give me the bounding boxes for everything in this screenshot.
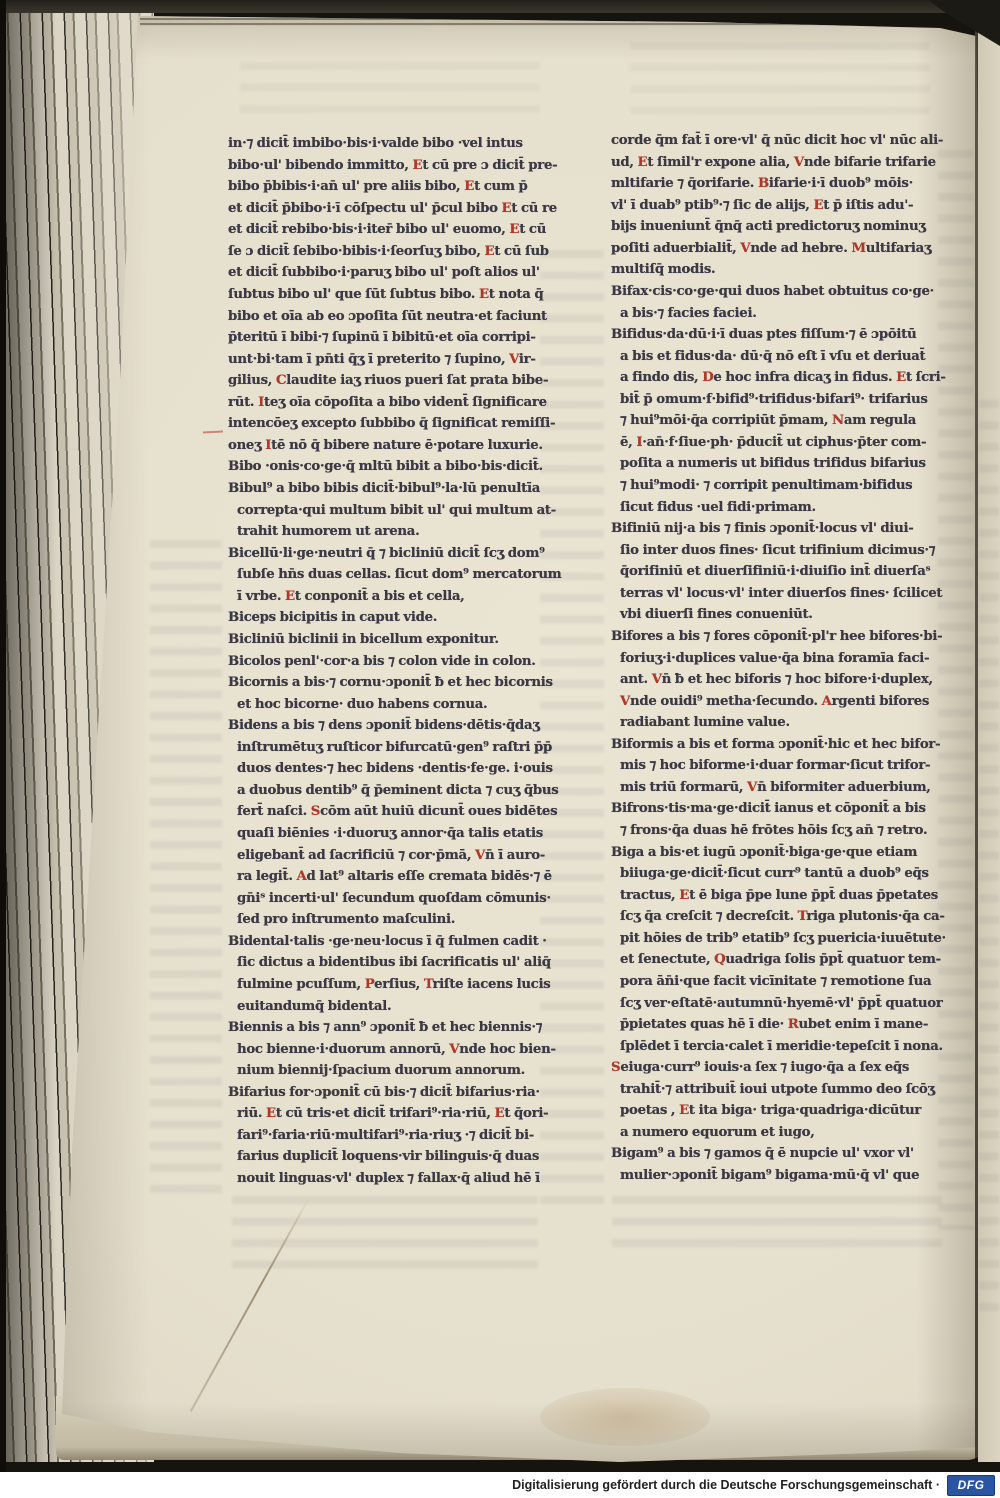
manuscript-line: Bicellū·li·ge·neutri q̄ ⁊ bicliniū dicit…: [228, 543, 540, 565]
manuscript-line: Biga a bis·et iugū ɔponit̄·biga·ge·que e…: [611, 842, 947, 864]
manuscript-line: gn̄iˢ incerti·ul' ſecundum quoſdam cōmun…: [228, 888, 540, 910]
manuscript-line: et dicit̄ p̄bibo·i·ī cōſpectu ul' p̄cul …: [228, 198, 540, 220]
manuscript-line: Bicornis a bis·⁊ cornu·ɔponit̄ ƀ et hec …: [228, 672, 540, 694]
manuscript-line: ⁊ hui⁹mōi·q̄a corripiūt p̄mam, Nam regul…: [611, 410, 947, 432]
manuscript-line: ſe ɔ dicit̄ ſebibo·bibis·i·ſeorſuʒ bibo,…: [228, 241, 540, 263]
manuscript-line: p̄pietates quas hē ī die· Rubet enim ī m…: [611, 1014, 947, 1036]
manuscript-line: euitandumq̄ bidental.: [228, 996, 540, 1018]
manuscript-line: unt·bi·tam ī pn̄ti q̄ʒ ī preterito ⁊ ſup…: [228, 349, 540, 371]
manuscript-line: riū. Et cū tris·et dicit̄ trifari⁹·ria·r…: [228, 1103, 540, 1125]
manuscript-line: ſcʒ ver·eſtatē·autumnū·hyemē·vl' p̄pt̄ q…: [611, 993, 947, 1015]
manuscript-line: mis triū formarū, Vn̄ biformiter aduerbi…: [611, 777, 947, 799]
manuscript-line: ſic dictus a bidentibus ibi ſacrificatis…: [228, 952, 540, 974]
manuscript-line: Bigam⁹ a bis ⁊ gamos q̄ ē nupcie ul' vxo…: [611, 1143, 947, 1165]
manuscript-line: a bis et fidus·da· dū·q̄ nō eſt ī vſu et…: [611, 346, 947, 368]
manuscript-line: poſita a numeris ut bifidus trifidus bif…: [611, 453, 947, 475]
manuscript-line: Vnde ouidi⁹ metha·ſecundo. Argenti bifor…: [611, 691, 947, 713]
manuscript-line: ſubſe hn̄s duas cellas. ſicut dom⁹ merca…: [228, 564, 540, 586]
manuscript-line: bibo·ul' bibendo immitto, Et cū pre ɔ di…: [228, 155, 540, 177]
manuscript-photo: in·⁊ dicit̄ imbibo·bis·i·valde bibo ·vel…: [0, 0, 1000, 1472]
manuscript-line: bijs inueniunt̄ q̄nq̄ acti predictoruʒ n…: [611, 216, 947, 238]
manuscript-line: Biennis a bis ⁊ ann⁹ ɔponit̄ ƀ et hec bi…: [228, 1017, 540, 1039]
show-through-ghost: [150, 540, 222, 1200]
manuscript-line: inſtrumētuʒ ruſticor bifurcatū·gen⁹ raſt…: [228, 737, 540, 759]
show-through-ghost: [630, 42, 930, 118]
manuscript-line: gilius, Claudite iaʒ riuos pueri ſat pra…: [228, 370, 540, 392]
manuscript-line: poſiti aduerbialit̄, Vnde ad hebre. Mult…: [611, 238, 947, 260]
manuscript-line: hoc bienne·i·duorum annorū, Vnde hoc bie…: [228, 1039, 540, 1061]
manuscript-line: Bicolos penl'·cor·a bis ⁊ colon vide in …: [228, 651, 540, 673]
manuscript-line: Biceps bicipitis in caput vide.: [228, 607, 540, 629]
manuscript-line: q̄orifiniū et diuerſifiniū·i·diuiſio int…: [611, 561, 947, 583]
manuscript-line: Bifores a bis ⁊ fores cōponit̄·pl'r hee …: [611, 626, 947, 648]
text-column-left: in·⁊ dicit̄ imbibo·bis·i·valde bibo ·vel…: [228, 133, 540, 1190]
manuscript-line: Bidens a bis ⁊ dens ɔponit̄ bidens·dētis…: [228, 715, 540, 737]
manuscript-line: et dicit̄ rebibo·bis·i·iter̄ bibo ul' eu…: [228, 219, 540, 241]
show-through-ghost: [232, 1196, 538, 1282]
manuscript-line: pora ān̄i·que facit vicīnitate ⁊ remotio…: [611, 971, 947, 993]
manuscript-line: ē, I·an̄·f·ſiue·ph· p̄ducit̄ ut ciphus·p…: [611, 432, 947, 454]
manuscript-line: pit hōies de trib⁹ etatib⁹ ſcʒ puericia·…: [611, 928, 947, 950]
manuscript-line: nium biennij·ſpacium duorum annorum.: [228, 1060, 540, 1082]
manuscript-line: ſed pro inſtrumento maſculini.: [228, 909, 540, 931]
manuscript-line: bit̄ p̄ omum·f·bifid⁹·trifidus·bifari⁹· …: [611, 389, 947, 411]
manuscript-line: Bifax·cis·co·ge·qui duos habet obtuitus …: [611, 281, 947, 303]
photo-background-left: [0, 0, 6, 1472]
manuscript-line: et dicit̄ ſubbibo·i·paruʒ bibo ul' poſt …: [228, 262, 540, 284]
manuscript-line: mis ⁊ hoc biforme·i·duar formar·ſicut tr…: [611, 755, 947, 777]
manuscript-line: Bifarius for·ɔponit̄ cū bis·⁊ dicit̄ bif…: [228, 1082, 540, 1104]
manuscript-line: Bicliniū biclinii in bicellum exponitur.: [228, 629, 540, 651]
manuscript-line: vl' ī duab⁹ ptib⁹·⁊ ſic de alijs, Et p̄ …: [611, 195, 947, 217]
manuscript-line: oneʒ Itē nō q̄ bibere nature ē·potare lu…: [228, 435, 540, 457]
manuscript-line: bibo et oīa ab eo ɔpoſita ſūt neutra·et …: [228, 306, 540, 328]
manuscript-line: ſicut fidus ·uel fidi·primam.: [611, 497, 947, 519]
manuscript-line: corde q̄m fat̄ ī ore·vl' q̄ nūc dicit ho…: [611, 130, 947, 152]
manuscript-line: et ſenectute, Quadriga ſolis p̄pt̄ quatu…: [611, 949, 947, 971]
manuscript-line: Biformis a bis et forma ɔponit̄·hic et h…: [611, 734, 947, 756]
show-through-ghost: [979, 400, 999, 1320]
show-through-ghost: [612, 1196, 942, 1254]
manuscript-line: ud, Et ſimil'r expone alia, Vnde bifarie…: [611, 152, 947, 174]
manuscript-line: Bibul⁹ a bibo bibis dicit̄·bibul⁹·la·lū …: [228, 478, 540, 500]
manuscript-line: duos dentes·⁊ hec bidens ·dentis·fe·ge. …: [228, 758, 540, 780]
manuscript-line: correpta·qui multum bibit ul' qui multum…: [228, 500, 540, 522]
manuscript-line: vbi diuerſi fines conueniūt.: [611, 604, 947, 626]
scan-viewport: in·⁊ dicit̄ imbibo·bis·i·valde bibo ·vel…: [0, 0, 1000, 1498]
footer-credit-text: Digitalisierung gefördert durch die Deut…: [512, 1478, 940, 1492]
show-through-ghost: [240, 62, 540, 120]
manuscript-line: multiſq̄ modis.: [611, 259, 947, 281]
manuscript-line: mltifarie ⁊ q̄orifarie. Bifarie·i·ī duob…: [611, 173, 947, 195]
footer-credit-bar: Digitalisierung gefördert durch die Deut…: [0, 1472, 1000, 1498]
manuscript-line: ſio inter duos fines· ſicut trifinium di…: [611, 540, 947, 562]
manuscript-line: et hoc bicorne· duo habens cornua.: [228, 694, 540, 716]
manuscript-line: rūt. Iteʒ oīa cōpoſita a bibo vident̄ ſi…: [228, 392, 540, 414]
manuscript-line: terras vl' locus·vl' inter diuerſos fine…: [611, 583, 947, 605]
manuscript-line: intencōeʒ excepto ſubbibo q̄ ſignificat …: [228, 413, 540, 435]
book-page: in·⁊ dicit̄ imbibo·bis·i·valde bibo ·vel…: [0, 0, 1000, 1472]
manuscript-line: fert̄ naſci. Scōm aūt huiū dicunt̄ oues …: [228, 801, 540, 823]
manuscript-line: mulier·ɔponit̄ bigam⁹ bigama·mū·q̄ vl' q…: [611, 1165, 947, 1187]
dfg-logo: DFG: [947, 1475, 995, 1496]
red-margin-mark: [203, 430, 223, 433]
manuscript-line: Bifiniū nij·a bis ⁊ finis ɔponit̄·locus …: [611, 518, 947, 540]
manuscript-line: trahit̄·⁊ attribuit̄ ioui utpote ſummo d…: [611, 1079, 947, 1101]
text-column-right: corde q̄m fat̄ ī ore·vl' q̄ nūc dicit ho…: [611, 130, 947, 1187]
manuscript-line: ſplēdet ī tercia·calet ī meridie·tepeſci…: [611, 1036, 947, 1058]
manuscript-line: ant. Vn̄ ƀ et hec biforis ⁊ hoc bifore·i…: [611, 669, 947, 691]
manuscript-line: fari⁹·faria·riū·multifari⁹·ria·riuʒ ·⁊ d…: [228, 1125, 540, 1147]
manuscript-line: ra legit̄. Ad lat⁹ altaris eſſe cremata …: [228, 866, 540, 888]
manuscript-line: a bis·⁊ facies faciei.: [611, 303, 947, 325]
manuscript-line: Bibo ·onis·co·ge·q̄ mltū bibit a bibo·bi…: [228, 456, 540, 478]
manuscript-line: ī vrbe. Et conponit̄ a bis et cella,: [228, 586, 540, 608]
manuscript-line: biiuga·ge·dicit̄·ſicut curr⁹ tantū a duo…: [611, 863, 947, 885]
manuscript-line: farius duplicit̄ loquens·vir bilinguis·q…: [228, 1146, 540, 1168]
manuscript-line: a duobus dentib⁹ q̄ p̄eminent dicta ⁊ cu…: [228, 780, 540, 802]
top-page-edges: [140, 13, 978, 26]
manuscript-line: trahit humorem ut arena.: [228, 521, 540, 543]
manuscript-line: ⁊ hui⁹modi· ⁊ corripit penultimam·bifidu…: [611, 475, 947, 497]
facing-page-sliver: [978, 20, 1000, 1462]
manuscript-line: bibo p̄bibis·i·an̄ ul' pre aliis bibo, E…: [228, 176, 540, 198]
show-through-ghost: [540, 250, 604, 1210]
manuscript-line: radiabant lumine value.: [611, 712, 947, 734]
manuscript-line: p̄teritū ī bibi·⁊ ſupinū ī bibitū·et oīa…: [228, 327, 540, 349]
manuscript-line: ſcʒ q̄a creſcit ⁊ decreſcit. Triga pluto…: [611, 906, 947, 928]
manuscript-line: a findo dis, De hoc infra dicaʒ in fidus…: [611, 367, 947, 389]
photo-background-top: [0, 0, 1000, 13]
manuscript-line: Seiuga·curr⁹ iouis·a ſex ⁊ iugo·q̄a a ſe…: [611, 1057, 947, 1079]
manuscript-line: tractus, Et ē biga p̄pe lune p̄pt̄ duas …: [611, 885, 947, 907]
manuscript-line: Bidental·talis ·ge·neu·locus ī q̄ fulmen…: [228, 931, 540, 953]
manuscript-line: poetas , Et ita biga· triga·quadriga·dic…: [611, 1100, 947, 1122]
parchment-stain: [540, 1388, 710, 1446]
manuscript-line: ⁊ frons·q̄a duas hē frōtes hōis ſcʒ an̄ …: [611, 820, 947, 842]
manuscript-line: fulmine pcuſſum, Perſius, Triſte iacens …: [228, 974, 540, 996]
manuscript-line: foriuʒ·i·duplices value·q̄a bina foramīa…: [611, 648, 947, 670]
manuscript-line: nouit linguas·vl' duplex ⁊ fallax·q̄ ali…: [228, 1168, 540, 1190]
manuscript-line: in·⁊ dicit̄ imbibo·bis·i·valde bibo ·vel…: [228, 133, 540, 155]
manuscript-line: Bifrons·tis·ma·ge·dicit̄ ianus et cōponi…: [611, 798, 947, 820]
manuscript-line: Bifidus·da·dū·i·ī duas ptes fiſſum·⁊ ē ɔ…: [611, 324, 947, 346]
manuscript-line: eligebant̄ ad ſacrificiū ⁊ cor·p̄mā, Vn̄…: [228, 845, 540, 867]
manuscript-line: a numero equorum et iugo,: [611, 1122, 947, 1144]
manuscript-line: quaſi biēnies ·i·duoruʒ annor·q̄a talis …: [228, 823, 540, 845]
manuscript-line: ſubtus bibo ul' que ſūt ſubtus bibo. Et …: [228, 284, 540, 306]
